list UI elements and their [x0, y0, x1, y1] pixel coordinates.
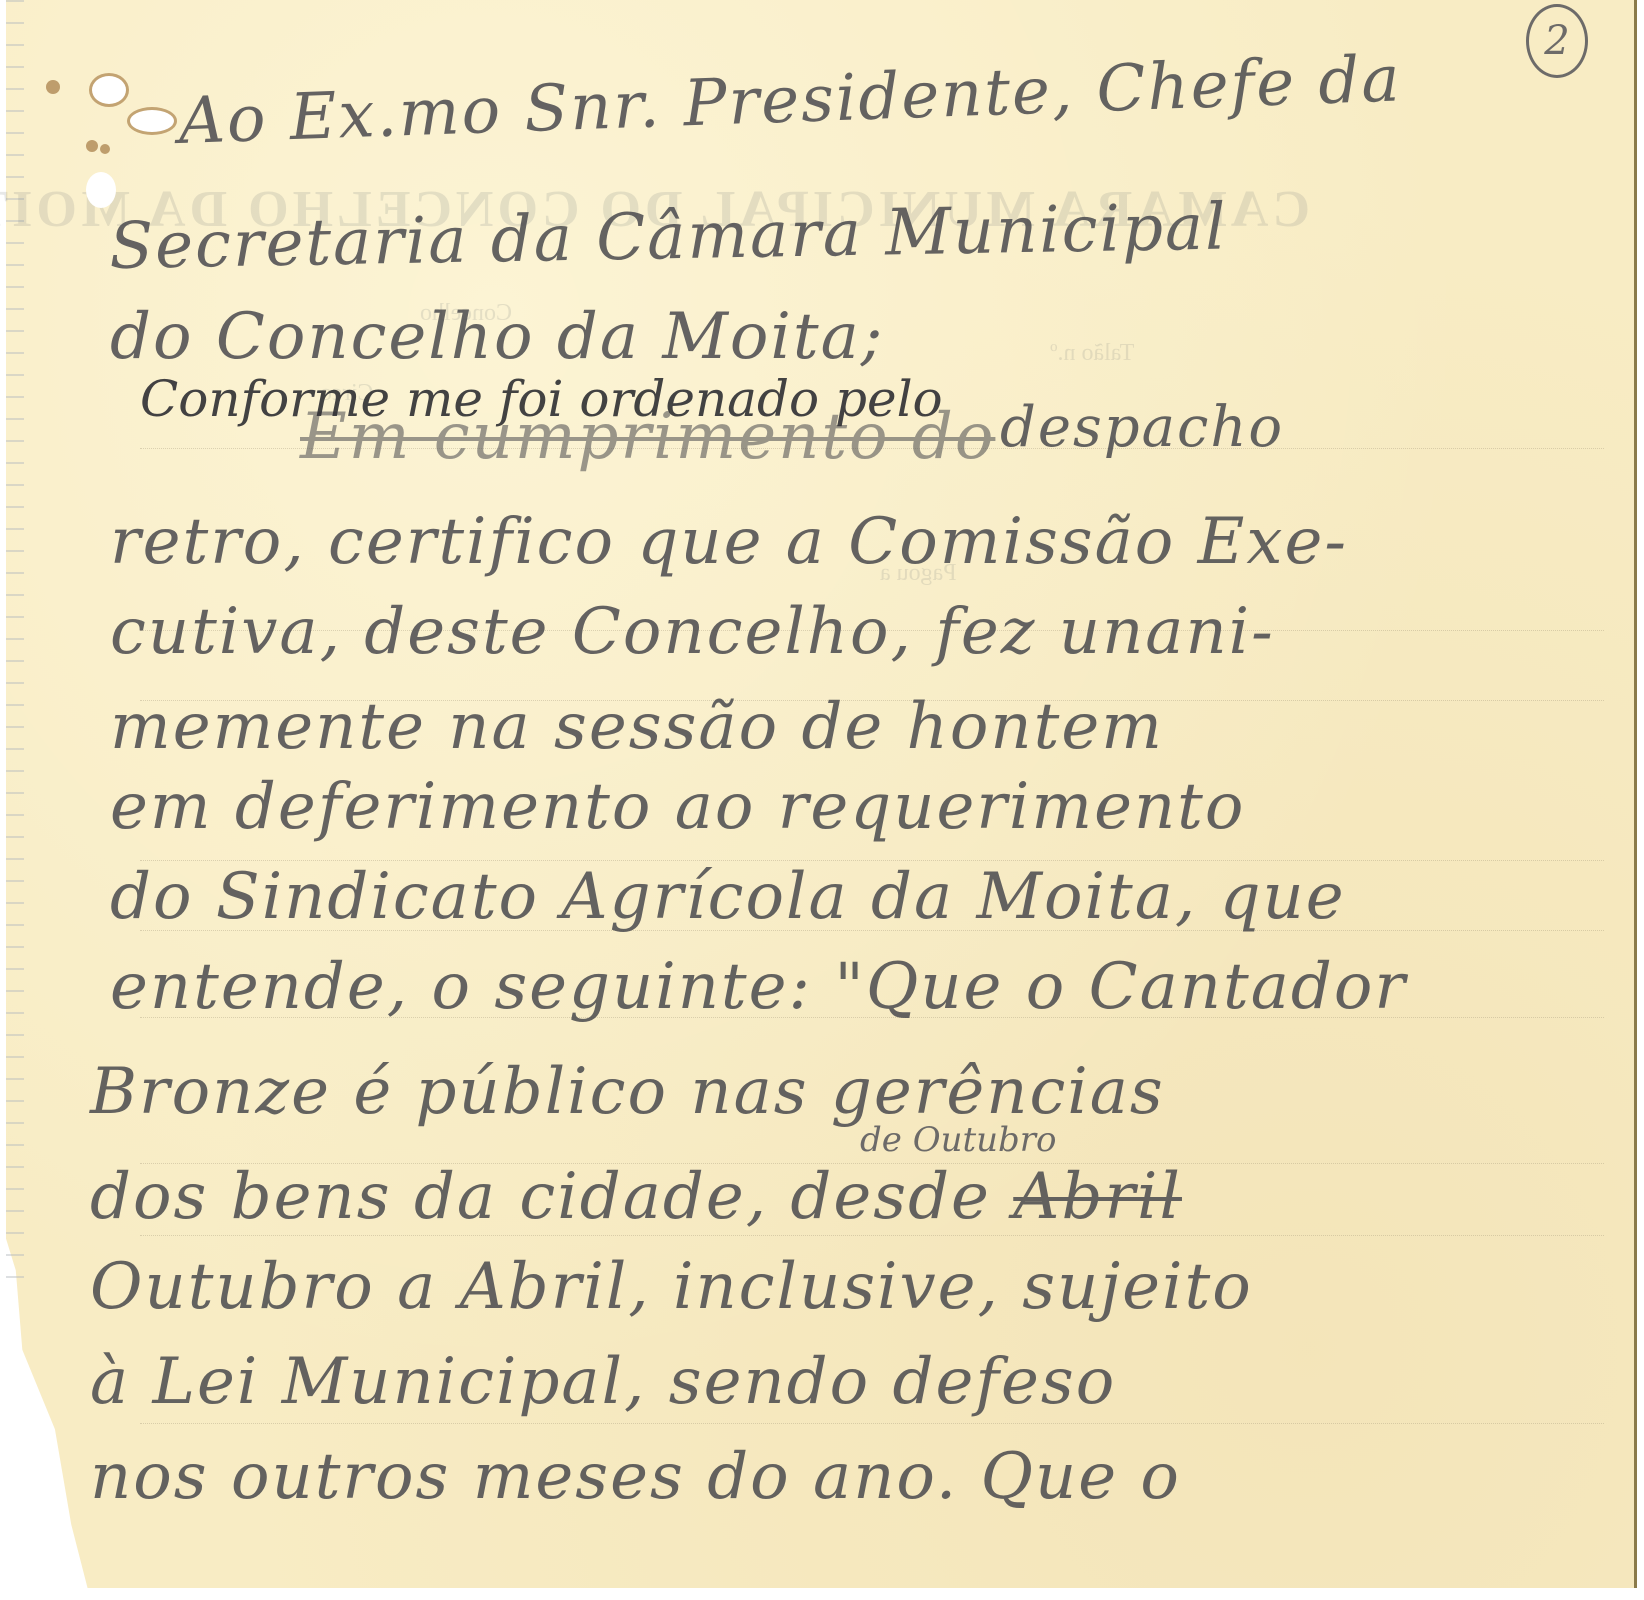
- ruled-line: [140, 1235, 1604, 1237]
- ruled-line: [140, 1423, 1604, 1425]
- struck-word: Abril: [1013, 1160, 1182, 1234]
- handwritten-line: dos bens da cidade, desde Abril: [90, 1160, 1182, 1234]
- letterhead-field: Talão n.º: [1050, 340, 1134, 367]
- rust-stain: [46, 80, 60, 94]
- handwritten-line: nos outros meses do ano. Que o: [90, 1440, 1181, 1514]
- handwritten-line: Outubro a Abril, inclusive, sujeito: [90, 1250, 1253, 1324]
- rust-stain: [86, 140, 98, 152]
- correction-text: Conforme me foi ordenado pelo: [140, 370, 943, 428]
- paper-hole: [130, 110, 174, 132]
- rust-stain: [100, 144, 110, 154]
- handwritten-line: à Lei Municipal, sendo defeso: [90, 1345, 1116, 1419]
- handwritten-line: retro, certifico que a Comissão Exe-: [110, 505, 1348, 579]
- page-number: 2: [1526, 4, 1588, 78]
- handwritten-line: do Sindicato Agrícola da Moita, que: [110, 860, 1346, 934]
- handwritten-line: cutiva, deste Concelho, fez unani-: [110, 595, 1275, 669]
- interlinear-insertion: de Outubro: [860, 1120, 1057, 1160]
- scan-border: [0, 1588, 1644, 1600]
- paper-hole: [86, 172, 116, 208]
- handwritten-line: Bronze é público nas gerências: [90, 1055, 1165, 1129]
- handwritten-line: do Concelho da Moita;: [110, 300, 884, 374]
- scanned-document: CAMARA MUNICIPAL DO CONCELHO DA MOITA Co…: [0, 0, 1644, 1600]
- handwritten-line: memente na sessão de hontem: [110, 690, 1164, 764]
- handwritten-line: entende, o seguinte: "Que o Cantador: [110, 950, 1407, 1024]
- paper-hole: [92, 76, 126, 104]
- handwritten-line: despacho: [1000, 395, 1284, 460]
- handwritten-line: em deferimento ao requerimento: [110, 770, 1245, 844]
